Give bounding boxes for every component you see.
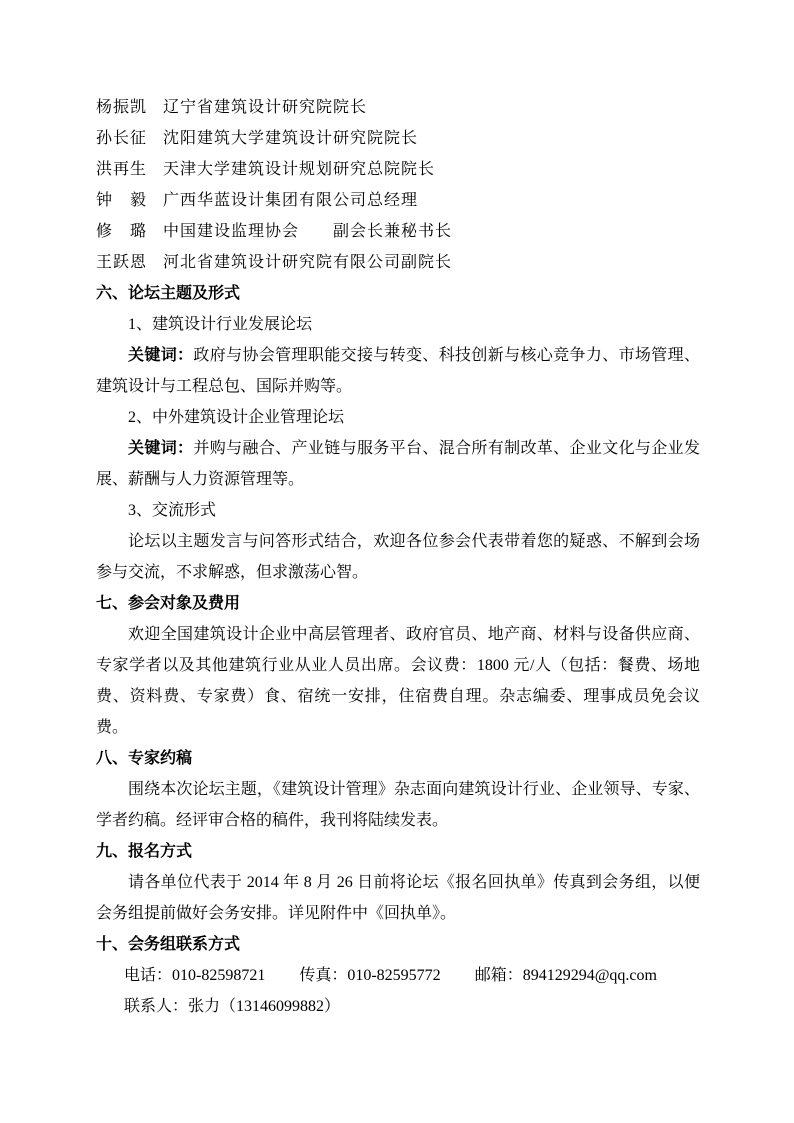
speaker-name: 修 璐 (96, 216, 147, 247)
speaker-name: 洪再生 (96, 154, 147, 185)
speaker-title: 中国建设监理协会 副会长兼秘书长 (163, 223, 452, 240)
section-attendees-fees: 七、参会对象及费用 欢迎全国建筑设计企业中高层管理者、政府官员、地产商、材料与设… (96, 588, 700, 743)
speaker-row: 修 璐中国建设监理协会 副会长兼秘书长 (96, 216, 700, 247)
speaker-row: 孙长征沈阳建筑大学建筑设计研究院院长 (96, 123, 700, 154)
document-page: 杨振凯辽宁省建筑设计研究院院长 孙长征沈阳建筑大学建筑设计研究院院长 洪再生天津… (0, 0, 794, 1123)
contact-email: 邮箱：894129294@qq.com (475, 967, 657, 984)
keywords-paragraph-1: 关键词：政府与协会管理职能交接与转变、科技创新与核心竞争力、市场管理、建筑设计与… (96, 340, 700, 402)
section-registration: 九、报名方式 请各单位代表于 2014 年 8 月 26 日前将论坛《报名回执单… (96, 836, 700, 929)
forum-item-1: 1、建筑设计行业发展论坛 (96, 309, 700, 340)
expert-contributions-paragraph: 围绕本次论坛主题，《建筑设计管理》杂志面向建筑设计行业、企业领导、专家、学者约稿… (96, 774, 700, 836)
speaker-name: 孙长征 (96, 123, 147, 154)
speaker-name: 王跃恩 (96, 247, 147, 278)
speaker-row: 杨振凯辽宁省建筑设计研究院院长 (96, 92, 700, 123)
section-heading: 八、专家约稿 (96, 743, 700, 774)
speaker-name: 钟 毅 (96, 185, 147, 216)
speaker-title: 河北省建筑设计研究院有限公司副院长 (163, 254, 452, 271)
contact-phone: 电话：010-82598721 (124, 967, 265, 984)
forum-item-2: 2、中外建筑设计企业管理论坛 (96, 402, 700, 433)
speaker-row: 洪再生天津大学建筑设计规划研究总院院长 (96, 154, 700, 185)
forum-item-3: 3、交流形式 (96, 495, 700, 526)
speaker-row: 钟 毅广西华蓝设计集团有限公司总经理 (96, 185, 700, 216)
speaker-list: 杨振凯辽宁省建筑设计研究院院长 孙长征沈阳建筑大学建筑设计研究院院长 洪再生天津… (96, 92, 700, 278)
speaker-title: 辽宁省建筑设计研究院院长 (163, 99, 367, 116)
section-contact: 十、会务组联系方式 电话：010-82598721传真：010-82595772… (96, 929, 700, 1022)
keywords-label: 关键词： (128, 347, 193, 364)
section-heading: 十、会务组联系方式 (96, 929, 700, 960)
speaker-name: 杨振凯 (96, 92, 147, 123)
section-heading: 六、论坛主题及形式 (96, 278, 700, 309)
contact-fax: 传真：010-82595772 (299, 967, 440, 984)
registration-paragraph: 请各单位代表于 2014 年 8 月 26 日前将论坛《报名回执单》传真到会务组… (96, 867, 700, 929)
keywords-label: 关键词： (128, 440, 193, 457)
section-heading: 九、报名方式 (96, 836, 700, 867)
section-heading: 七、参会对象及费用 (96, 588, 700, 619)
keywords-paragraph-2: 关键词：并购与融合、产业链与服务平台、混合所有制改革、企业文化与企业发展、薪酬与… (96, 433, 700, 495)
section-forum-topics: 六、论坛主题及形式 1、建筑设计行业发展论坛 关键词：政府与协会管理职能交接与转… (96, 278, 700, 588)
section-expert-contributions: 八、专家约稿 围绕本次论坛主题，《建筑设计管理》杂志面向建筑设计行业、企业领导、… (96, 743, 700, 836)
speaker-title: 天津大学建筑设计规划研究总院院长 (163, 161, 435, 178)
speaker-title: 广西华蓝设计集团有限公司总经理 (163, 192, 418, 209)
contact-person-line: 联系人：张力（13146099882） (96, 991, 700, 1022)
exchange-format-paragraph: 论坛以主题发言与问答形式结合，欢迎各位参会代表带着您的疑惑、不解到会场参与交流，… (96, 526, 700, 588)
speaker-title: 沈阳建筑大学建筑设计研究院院长 (163, 130, 418, 147)
attendees-fees-paragraph: 欢迎全国建筑设计企业中高层管理者、政府官员、地产商、材料与设备供应商、专家学者以… (96, 619, 700, 743)
contact-numbers-line: 电话：010-82598721传真：010-82595772邮箱：8941292… (96, 960, 700, 991)
speaker-row: 王跃恩河北省建筑设计研究院有限公司副院长 (96, 247, 700, 278)
